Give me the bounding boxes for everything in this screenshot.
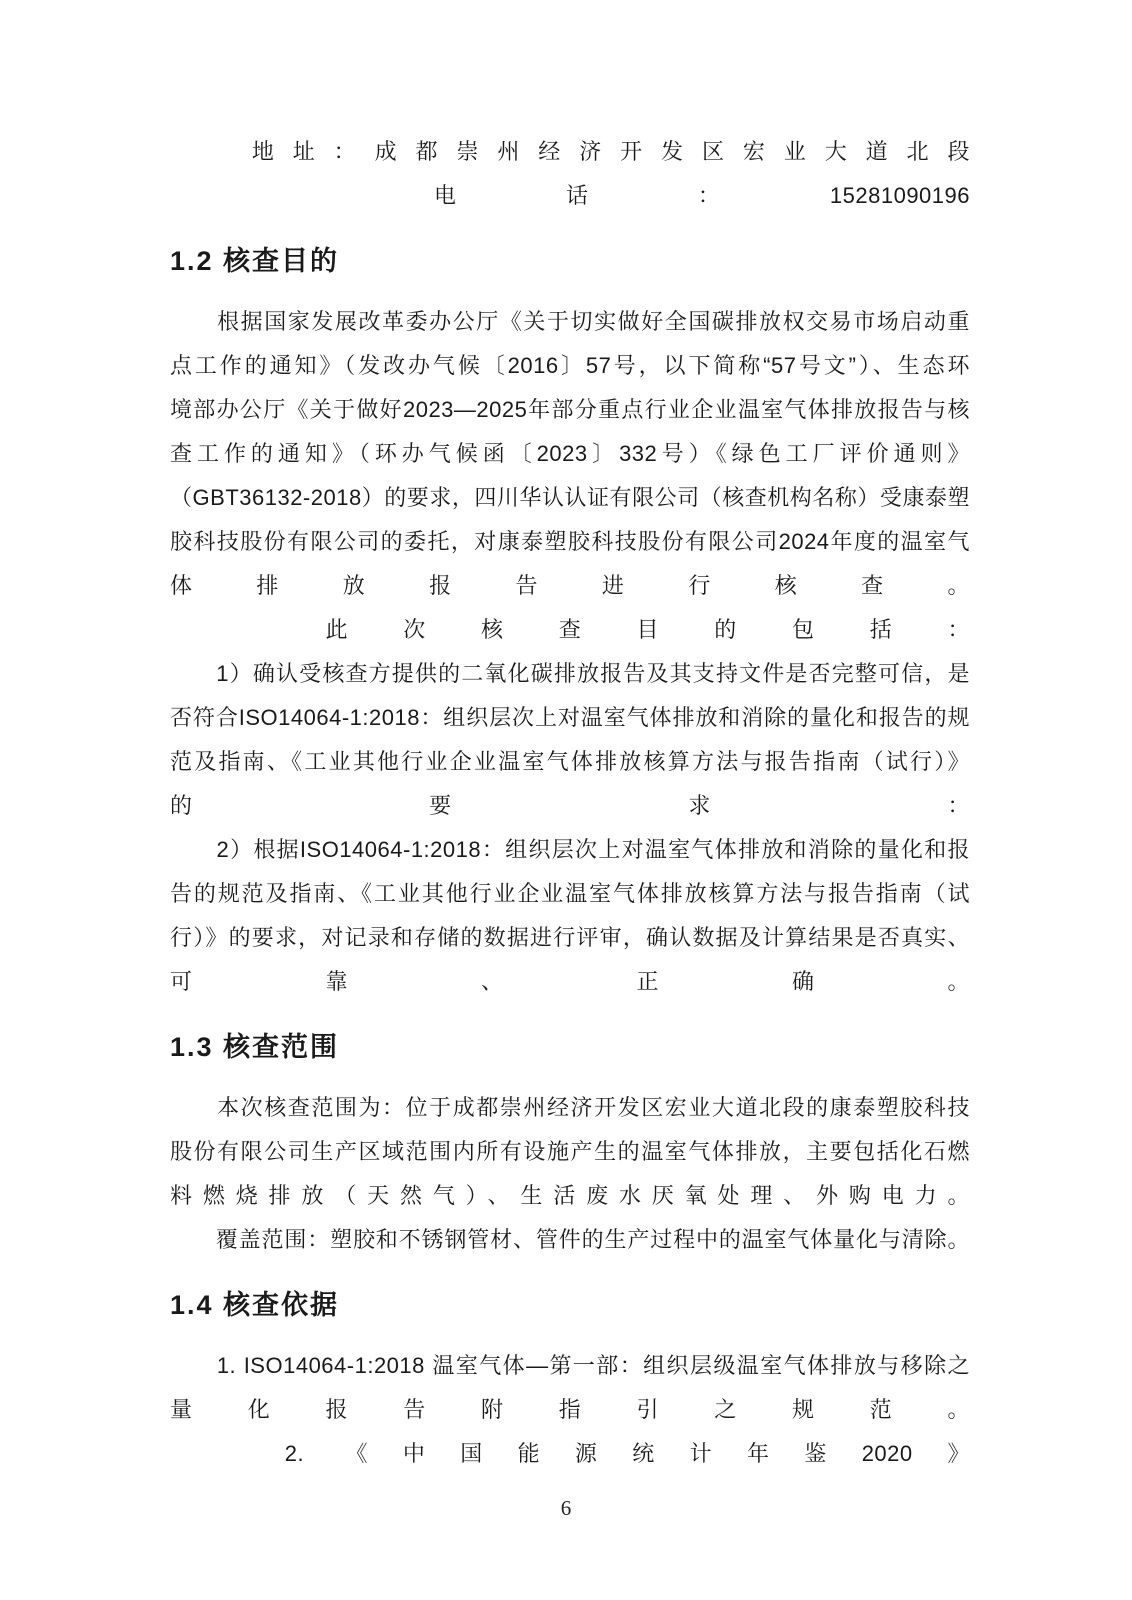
section-heading: 1.4 核查依据	[170, 1280, 970, 1330]
document-page: 地址：成都崇州经济开发区宏业大道北段 电话：152810901961.2 核查目…	[0, 0, 1132, 1600]
text-line: 此次核查目的包括：	[170, 608, 970, 652]
text-line: 胶科技股份有限公司的委托，对康泰塑胶科技股份有限公司2024年度的温室气	[170, 520, 970, 564]
text-line: 可靠、正确。	[170, 960, 970, 1004]
text-line: 根据国家发展改革委办公厅《关于切实做好全国碳排放权交易市场启动重	[170, 300, 970, 344]
text-line: 量化报告附指引之规范。	[170, 1388, 970, 1432]
text-line: 否符合ISO14064-1:2018：组织层次上对温室气体排放和消除的量化和报告…	[170, 696, 970, 740]
text-line: 境部办公厅《关于做好2023—2025年部分重点行业企业温室气体排放报告与核	[170, 388, 970, 432]
text-line: 行）》的要求，对记录和存储的数据进行评审，确认数据及计算结果是否真实、	[170, 916, 970, 960]
text-line: 2）根据ISO14064-1:2018：组织层次上对温室气体排放和消除的量化和报	[170, 828, 970, 872]
text-line: 覆盖范围：塑胶和不锈钢管材、管件的生产过程中的温室气体量化与清除。	[170, 1218, 970, 1262]
text-line: 2. 《中国能源统计年鉴2020》	[170, 1432, 970, 1476]
text-line: 点工作的通知》（发改办气候〔2016〕57号，以下简称“57号文”）、生态环	[170, 344, 970, 388]
text-line: 范及指南、《工业其他行业企业温室气体排放核算方法与报告指南（试行）》	[170, 740, 970, 784]
text-line: 1）确认受核查方提供的二氧化碳排放报告及其支持文件是否完整可信，是	[170, 652, 970, 696]
text-line: 股份有限公司生产区域范围内所有设施产生的温室气体排放，主要包括化石燃	[170, 1130, 970, 1174]
document-content: 地址：成都崇州经济开发区宏业大道北段 电话：152810901961.2 核查目…	[0, 0, 1132, 1476]
text-line: 1. ISO14064-1:2018 温室气体—第一部：组织层级温室气体排放与移…	[170, 1344, 970, 1388]
text-line: 料燃烧排放（天然气）、生活废水厌氧处理、外购电力。	[170, 1174, 970, 1218]
text-line: 告的规范及指南、《工业其他行业企业温室气体排放核算方法与报告指南（试	[170, 872, 970, 916]
text-line: 地址：成都崇州经济开发区宏业大道北段	[170, 130, 970, 174]
text-line: 的要求：	[170, 784, 970, 828]
section-heading: 1.2 核查目的	[170, 236, 970, 286]
text-line: 本次核查范围为：位于成都崇州经济开发区宏业大道北段的康泰塑胶科技	[170, 1086, 970, 1130]
text-line: （GBT36132-2018）的要求，四川华认认证有限公司（核查机构名称）受康泰…	[170, 476, 970, 520]
section-heading: 1.3 核查范围	[170, 1022, 970, 1072]
text-line: 查工作的通知》（环办气候函〔2023〕332号）《绿色工厂评价通则》	[170, 432, 970, 476]
text-line: 体排放报告进行核查。	[170, 564, 970, 608]
page-number: 6	[0, 1496, 1132, 1521]
text-line: 电话：15281090196	[170, 174, 970, 218]
